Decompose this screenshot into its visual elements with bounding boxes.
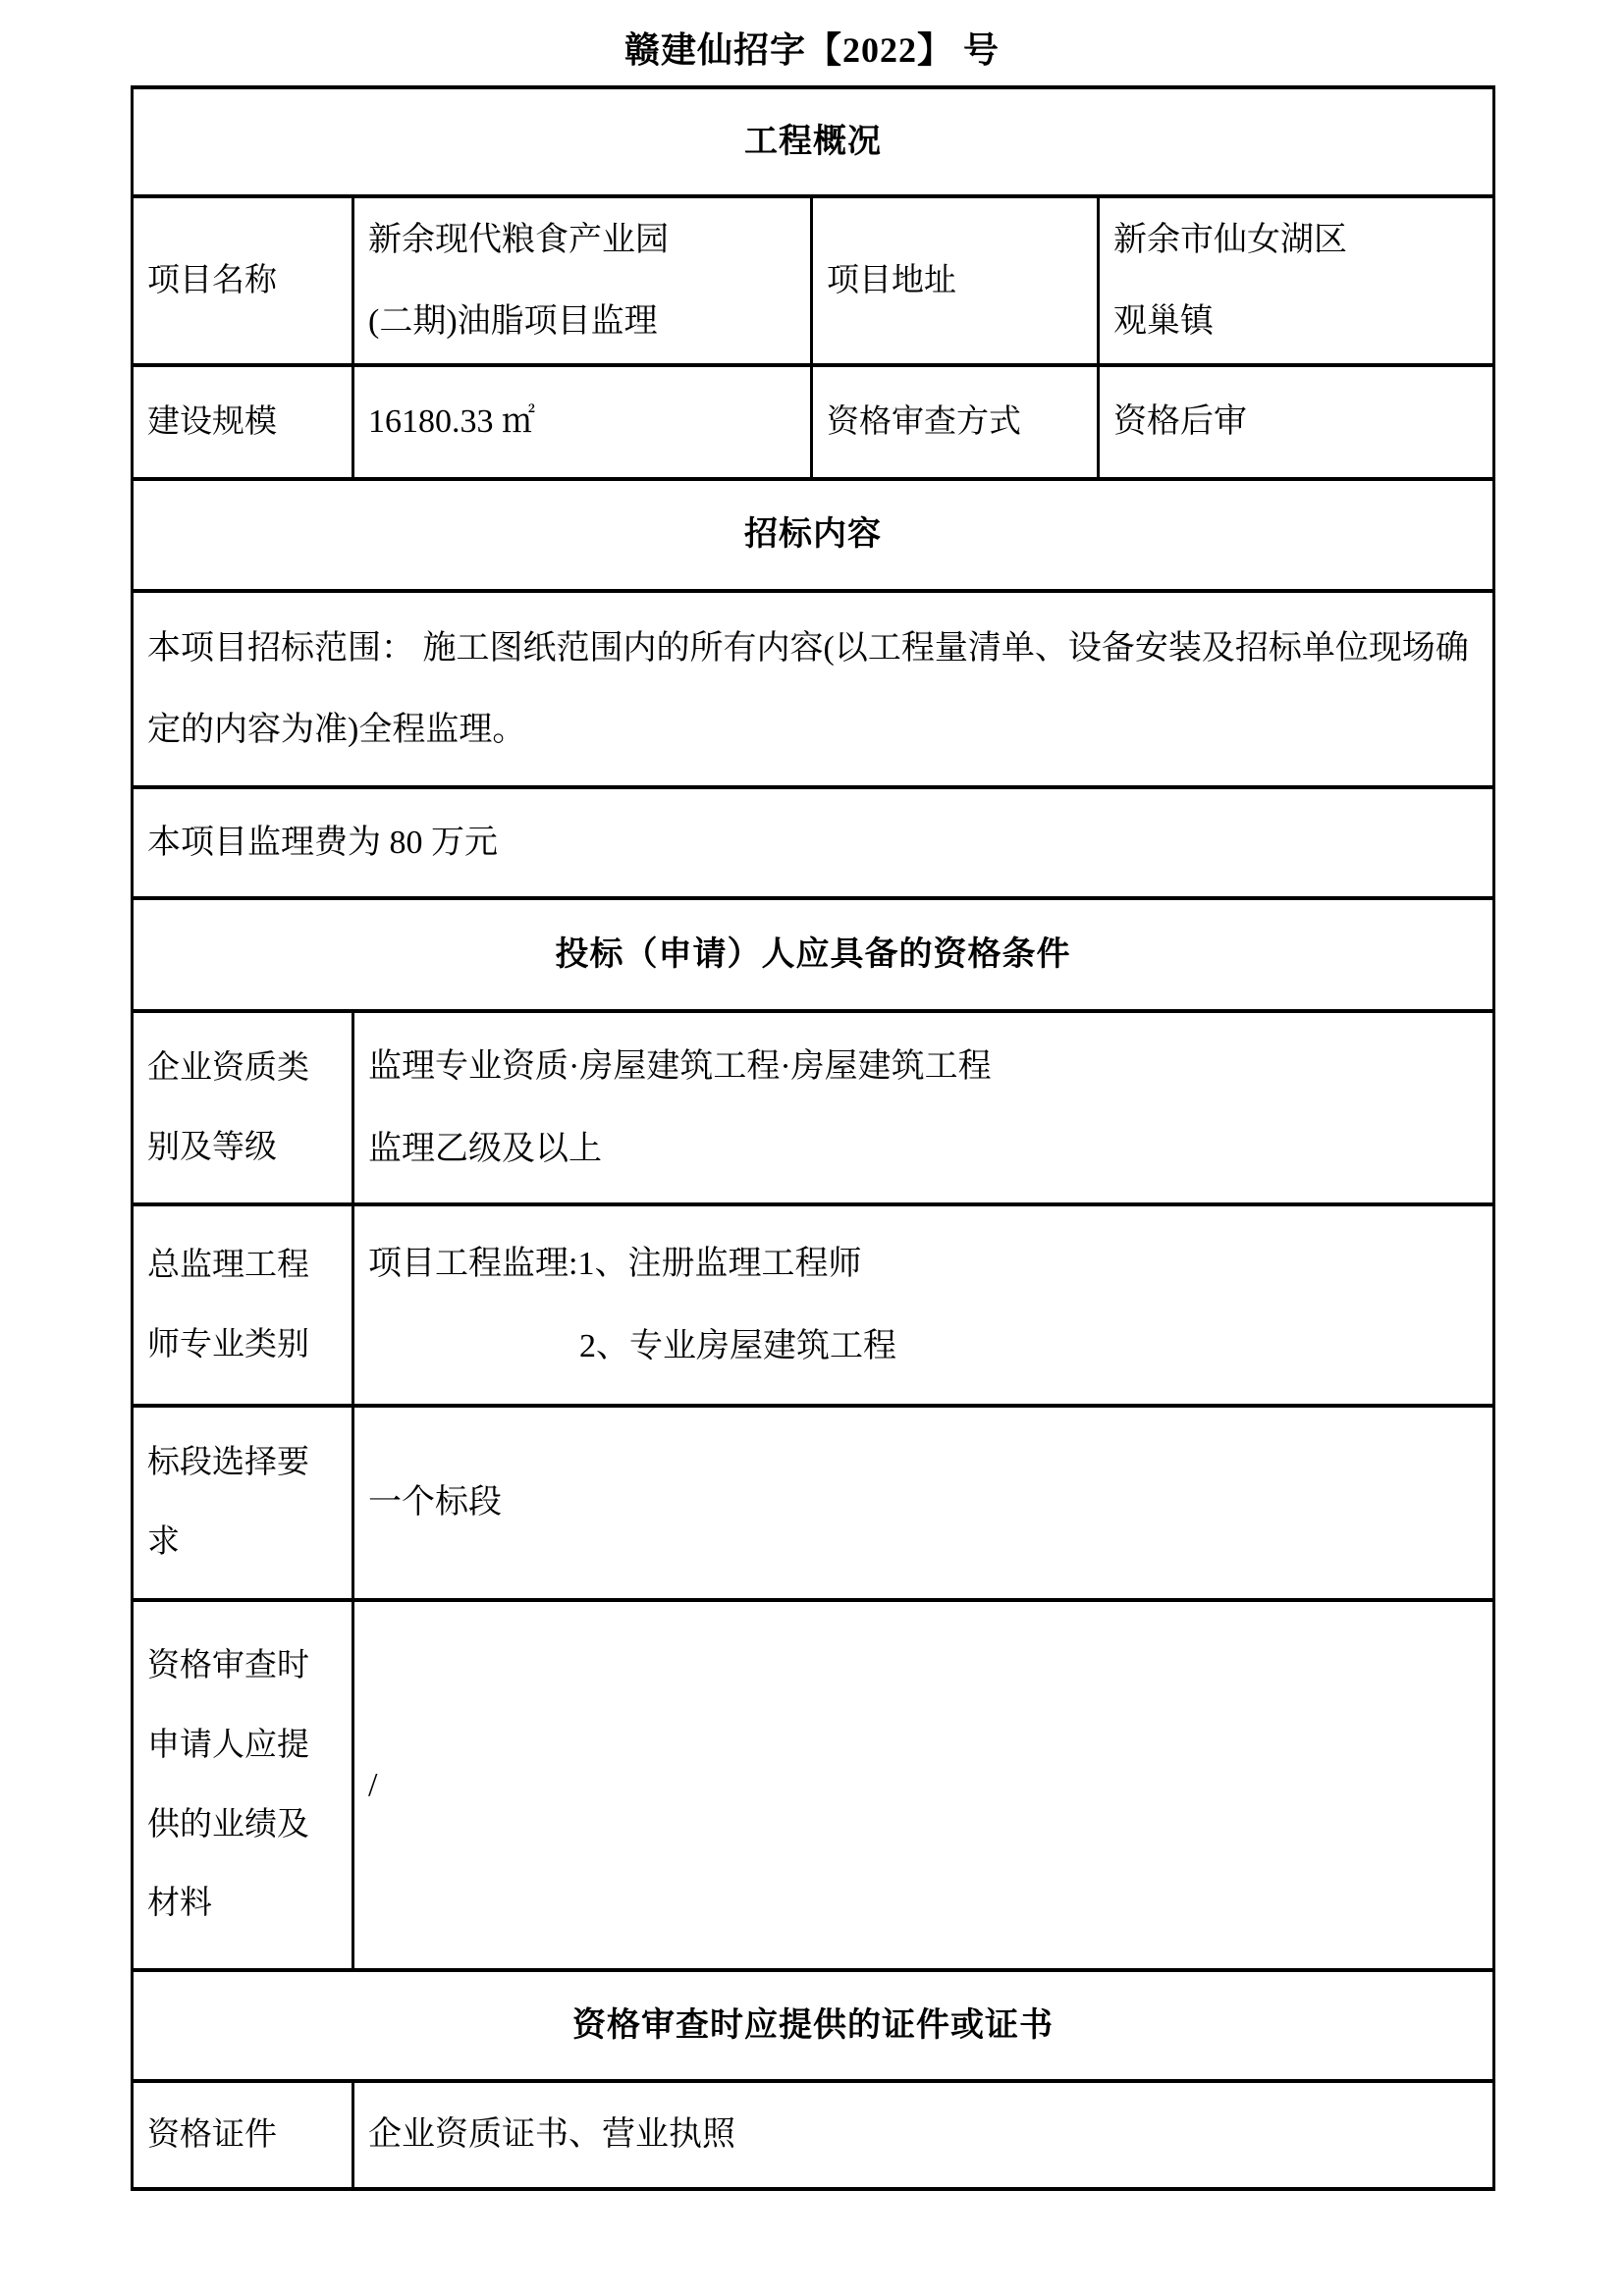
- construction-scale-label: 建设规模: [133, 365, 353, 479]
- project-address-value: 新余市仙女湖区 观巢镇: [1099, 196, 1494, 365]
- document-page: 赣建仙招字【2022】 号 工程概况 项目名称 新余现代粮食产业园 (二期)油脂…: [0, 0, 1624, 2296]
- section-title-overview: 工程概况: [133, 87, 1494, 196]
- table-row: 工程概况: [133, 87, 1494, 196]
- project-address-label: 项目地址: [812, 196, 1099, 365]
- chief-engineer-label: 总监理工程师专业类别: [133, 1204, 353, 1406]
- enterprise-class-value: 监理专业资质·房屋建筑工程·房屋建筑工程 监理乙级及以上: [353, 1011, 1494, 1204]
- table-row: 资格审查时申请人应提供的业绩及材料 /: [133, 1600, 1494, 1970]
- qualification-review-label: 资格审查方式: [812, 365, 1099, 479]
- project-name-label: 项目名称: [133, 196, 353, 365]
- section-title-certificates: 资格审查时应提供的证件或证书: [133, 1970, 1494, 2081]
- table-row: 资格审查时应提供的证件或证书: [133, 1970, 1494, 2081]
- table-row: 本项目监理费为 80 万元: [133, 787, 1494, 898]
- chief-engineer-value: 项目工程监理:1、注册监理工程师 2、专业房屋建筑工程: [353, 1204, 1494, 1406]
- bidding-scope-text: 本项目招标范围： 施工图纸范围内的所有内容(以工程量清单、设备安装及招标单位现场…: [133, 591, 1494, 787]
- table-row: 本项目招标范围： 施工图纸范围内的所有内容(以工程量清单、设备安装及招标单位现场…: [133, 591, 1494, 787]
- section-title-bidding-content: 招标内容: [133, 479, 1494, 591]
- table-row: 项目名称 新余现代粮食产业园 (二期)油脂项目监理 项目地址 新余市仙女湖区 观…: [133, 196, 1494, 365]
- certificate-label: 资格证件: [133, 2081, 353, 2189]
- table-row: 建设规模 16180.33 ㎡ 资格审查方式 资格后审: [133, 365, 1494, 479]
- performance-value: /: [353, 1600, 1494, 1970]
- certificate-value: 企业资质证书、营业执照: [353, 2081, 1494, 2189]
- qualification-review-value: 资格后审: [1099, 365, 1494, 479]
- supervision-fee-text: 本项目监理费为 80 万元: [133, 787, 1494, 898]
- bid-section-label: 标段选择要求: [133, 1406, 353, 1600]
- table-row: 总监理工程师专业类别 项目工程监理:1、注册监理工程师 2、专业房屋建筑工程: [133, 1204, 1494, 1406]
- table-row: 企业资质类别及等级 监理专业资质·房屋建筑工程·房屋建筑工程 监理乙级及以上: [133, 1011, 1494, 1204]
- section-title-qualification: 投标（申请）人应具备的资格条件: [133, 898, 1494, 1011]
- bid-section-value: 一个标段: [353, 1406, 1494, 1600]
- table-row: 标段选择要求 一个标段: [133, 1406, 1494, 1600]
- doc-number: 赣建仙招字【2022】 号: [0, 29, 1624, 72]
- chief-engineer-line1: 项目工程监理:1、注册监理工程师: [368, 1223, 1479, 1305]
- performance-label: 资格审查时申请人应提供的业绩及材料: [133, 1600, 353, 1970]
- project-name-value: 新余现代粮食产业园 (二期)油脂项目监理: [353, 196, 812, 365]
- tender-info-table: 工程概况 项目名称 新余现代粮食产业园 (二期)油脂项目监理 项目地址 新余市仙…: [131, 85, 1495, 2191]
- enterprise-class-label: 企业资质类别及等级: [133, 1011, 353, 1204]
- chief-engineer-line2: 2、专业房屋建筑工程: [579, 1306, 1479, 1387]
- table-row: 资格证件 企业资质证书、营业执照: [133, 2081, 1494, 2189]
- table-row: 投标（申请）人应具备的资格条件: [133, 898, 1494, 1011]
- table-row: 招标内容: [133, 479, 1494, 591]
- construction-scale-value: 16180.33 ㎡: [353, 365, 812, 479]
